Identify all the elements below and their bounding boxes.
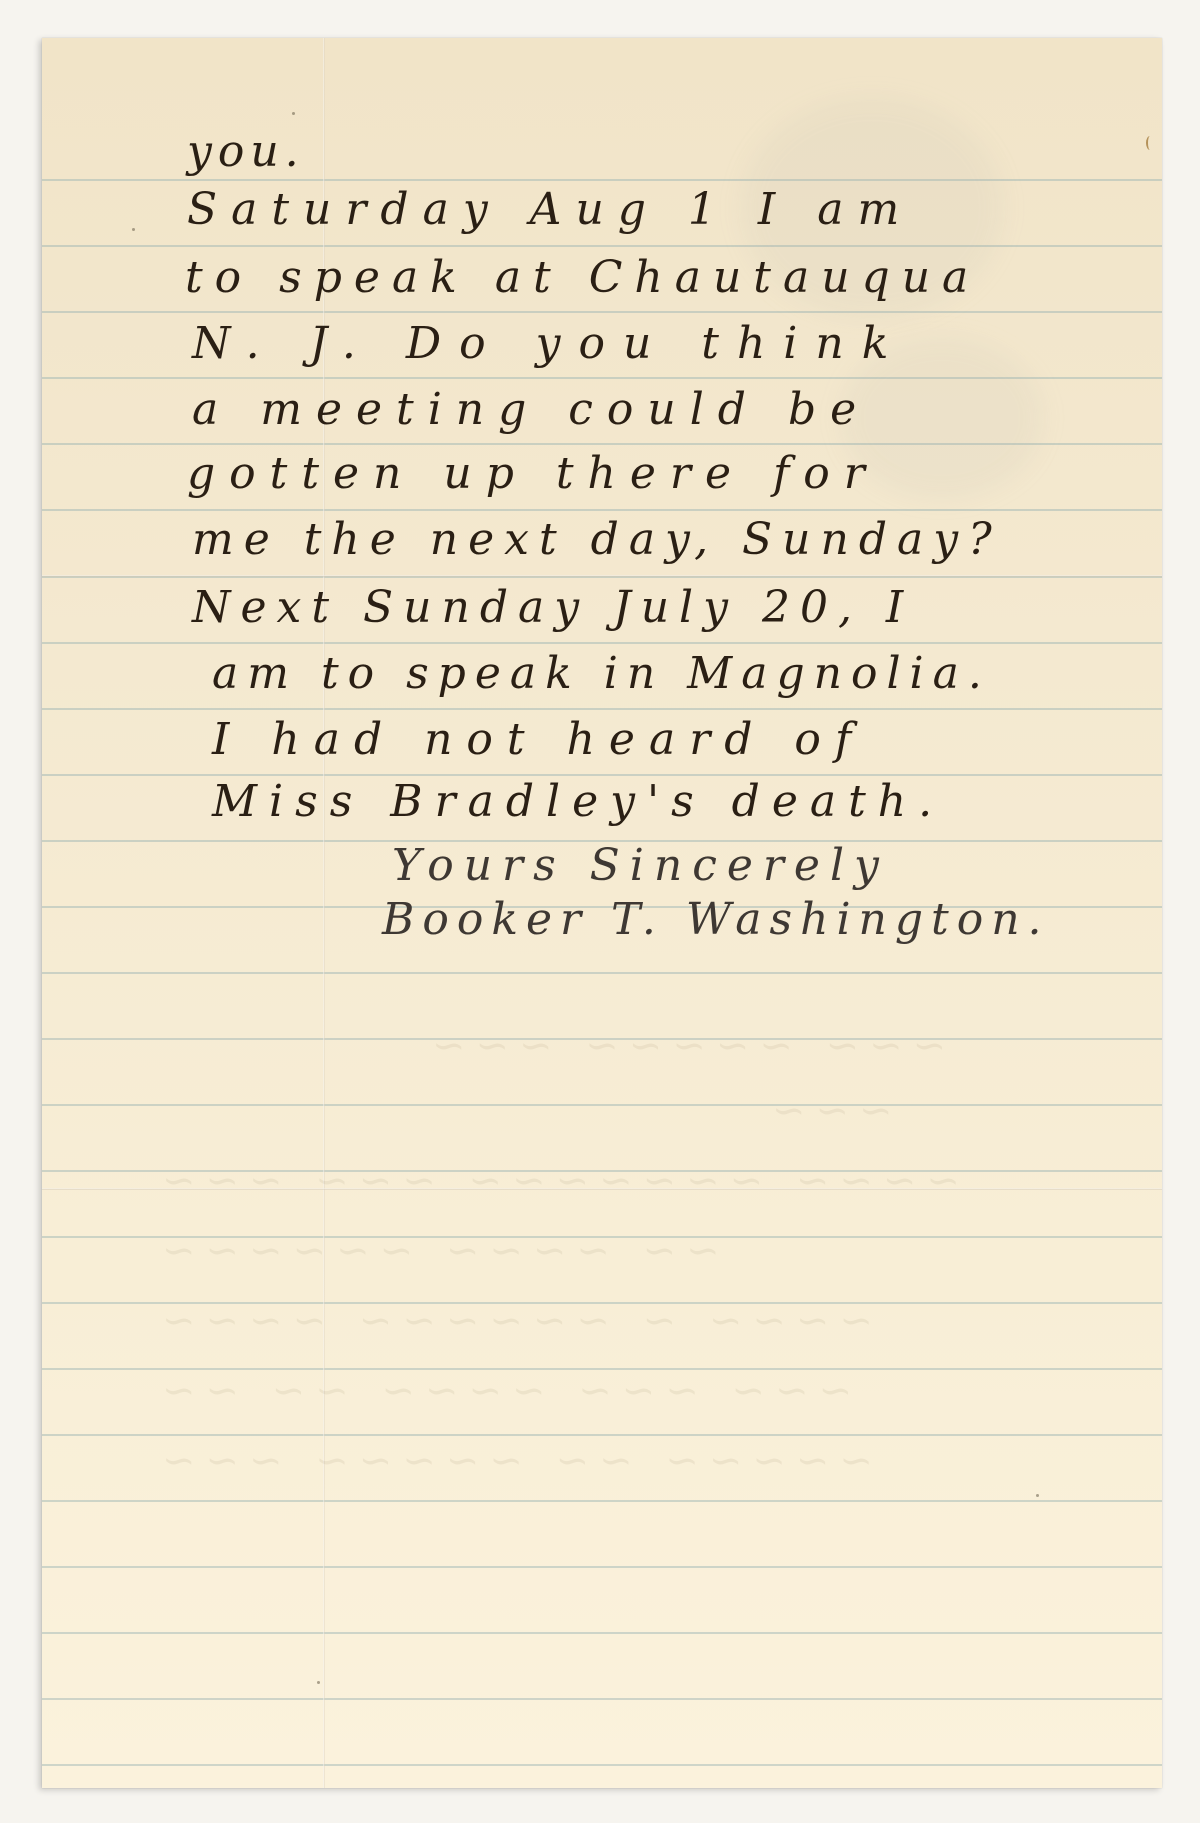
paper-speck (317, 1681, 320, 1684)
rule-line (42, 1566, 1162, 1568)
rule-line (42, 1632, 1162, 1634)
letter-line: N. J. Do you think (192, 322, 906, 366)
rule-line (42, 1434, 1162, 1436)
bleed-through-text: ~~~ ~~~ ~~~~ ~~ ~~ (152, 1368, 852, 1414)
bleed-through-text: ~~~~ ~ ~~~~~~ ~~~~ (152, 1298, 873, 1344)
letter-line: Miss Bradley's death. (212, 780, 944, 824)
bleed-through-text: ~~~ ~~~~~ ~~~ (422, 1023, 946, 1069)
letter-line: you. (187, 130, 305, 174)
rule-line (42, 311, 1162, 313)
letter-line: to speak at Chautauqua (185, 256, 980, 300)
rule-line (42, 509, 1162, 511)
bleed-through-text: ~~~~~ ~~ ~~~~~ ~~~ (152, 1438, 873, 1484)
letter-closing: Yours Sincerely (392, 844, 889, 888)
letter-signature: Booker T. Washington. (382, 898, 1050, 942)
letter-line: gotten up there for (187, 452, 879, 496)
letter-line: am to speak in Magnolia. (212, 652, 991, 696)
paper-speck (132, 228, 135, 231)
rule-line (42, 642, 1162, 644)
letter-line: I had not heard of (212, 718, 865, 762)
rule-line (42, 1500, 1162, 1502)
bleed-through-text: ~~~ (762, 1088, 893, 1134)
rule-line (42, 1698, 1162, 1700)
rule-line (42, 1104, 1162, 1106)
paper-speck (292, 112, 295, 115)
bleed-through-text: ~~~~ ~~~~~~~ ~~~ ~~~ (152, 1158, 960, 1204)
letter-line: Next Sunday July 20, I (192, 586, 913, 630)
letter-line: me the next day, Sunday? (192, 518, 1002, 562)
rule-line (42, 708, 1162, 710)
bleed-through-text: ~~ ~~~~ ~~~~~~ (152, 1228, 720, 1274)
ink-mark (1146, 136, 1154, 150)
paper-speck (1036, 1494, 1039, 1497)
letter-line: Saturday Aug 1 I am (187, 188, 913, 232)
rule-line (42, 972, 1162, 974)
letter-page: ~~~ ~~~~~ ~~~ ~~~ ~~~~ ~~~~~~~ ~~~ ~~~ ~… (42, 38, 1162, 1788)
rule-line (42, 1764, 1162, 1766)
horizontal-fold (42, 575, 1162, 577)
letter-line: a meeting could be (192, 388, 870, 432)
